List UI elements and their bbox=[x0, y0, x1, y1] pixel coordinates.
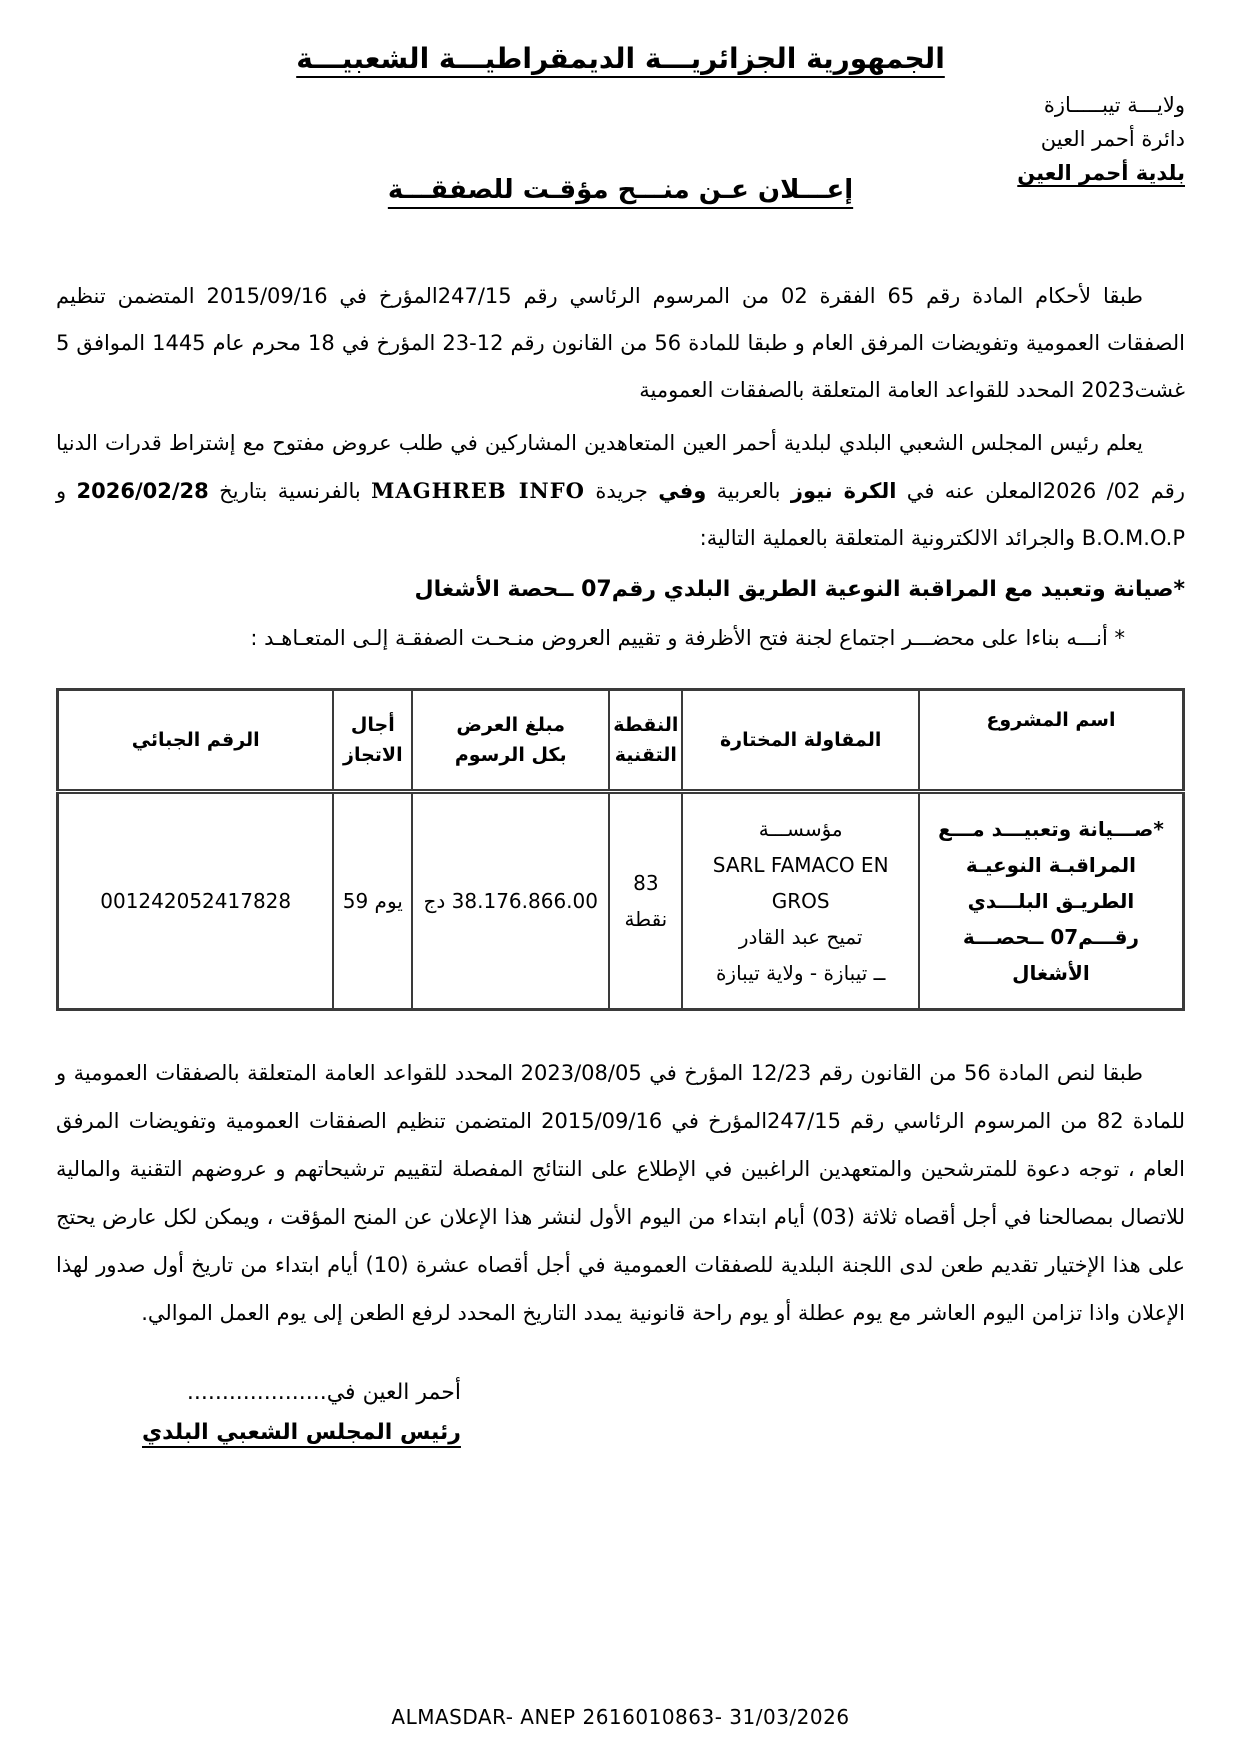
column-header-tax-number: الرقم الجبائي bbox=[58, 690, 334, 792]
signature-place-line: أحمر العين في.................... bbox=[142, 1373, 461, 1413]
project-cell: *صـــيانة وتعبيـــد مـــع المراقبـة النو… bbox=[919, 792, 1184, 1010]
letterhead-wilaya: ولايـــة تيبـــــازة bbox=[1017, 88, 1185, 122]
amount-cell: 38.176.866.00 دج bbox=[412, 792, 609, 1010]
column-header-amount: مبلغ العرض بكل الرسوم bbox=[412, 690, 609, 792]
notice-text-segment: جريدة bbox=[585, 479, 658, 503]
lot-title: *صيانة وتعبيد مع المراقبة النوعية الطريق… bbox=[56, 566, 1185, 613]
notice-text-segment: بالعربية bbox=[706, 479, 791, 503]
legal-paragraph: طبقا لنص المادة 56 من القانون رقم 12/23 … bbox=[56, 1049, 1185, 1337]
letterhead-daira: دائرة أحمر العين bbox=[1017, 122, 1185, 156]
document-body: طبقا لأحكام المادة رقم 65 الفقرة 02 من ا… bbox=[56, 273, 1185, 1453]
table-row: *صـــيانة وتعبيـــد مـــع المراقبـة النو… bbox=[58, 792, 1184, 1010]
award-table-body: *صـــيانة وتعبيـــد مـــع المراقبـة النو… bbox=[58, 792, 1184, 1010]
award-table: اسم المشروع المقاولة المختارة النقطة الت… bbox=[56, 688, 1185, 1011]
header-row: اسم المشروع المقاولة المختارة النقطة الت… bbox=[58, 690, 1184, 792]
notice-text-segment: بالفرنسية بتاريخ bbox=[209, 479, 371, 503]
letterhead: ولايـــة تيبـــــازة دائرة أحمر العين بل… bbox=[1017, 88, 1185, 190]
award-table-header: اسم المشروع المقاولة المختارة النقطة الت… bbox=[58, 690, 1184, 792]
contractor-cell: مؤسســـة SARL FAMACO EN GROS تميح عبد ال… bbox=[682, 792, 918, 1010]
column-header-contractor: المقاولة المختارة bbox=[682, 690, 918, 792]
technical-score-cell: 83 نقطة bbox=[609, 792, 682, 1010]
notice-text-segment: وفي bbox=[658, 479, 706, 503]
republic-header: الجمهورية الجزائريـــة الديمقراطيـــة ال… bbox=[0, 0, 1241, 75]
column-header-duration: أجال الاتجاز bbox=[333, 690, 412, 792]
column-header-project: اسم المشروع bbox=[919, 690, 1184, 792]
column-header-technical-score: النقطة التقنية bbox=[609, 690, 682, 792]
newspaper-french-name: MAGHREB INFO bbox=[371, 478, 585, 503]
footer-reference: ALMASDAR- ANEP 2616010863- 31/03/2026 bbox=[0, 1705, 1241, 1729]
document-page: الجمهورية الجزائريـــة الديمقراطيـــة ال… bbox=[0, 0, 1241, 1755]
tax-number-cell: 001242052417828 bbox=[58, 792, 334, 1010]
letterhead-commune: بلدية أحمر العين bbox=[1017, 156, 1185, 190]
publication-date: 2026/02/28 bbox=[77, 479, 209, 503]
signature-title: رئيس المجلس الشعبي البلدي bbox=[142, 1413, 461, 1453]
duration-cell: يوم 59 bbox=[333, 792, 412, 1010]
newspaper-arabic-name: الكرة نيوز bbox=[791, 479, 897, 503]
award-note: * أنـــه بناءا على محضـــر اجتماع لجنة ف… bbox=[56, 615, 1185, 662]
signature-block: أحمر العين في.................... رئيس ا… bbox=[142, 1373, 461, 1453]
paragraph-notice: يعلم رئيس المجلس الشعبي البلدي لبلدية أح… bbox=[56, 420, 1185, 562]
paragraph-legal-basis: طبقا لأحكام المادة رقم 65 الفقرة 02 من ا… bbox=[56, 273, 1185, 414]
